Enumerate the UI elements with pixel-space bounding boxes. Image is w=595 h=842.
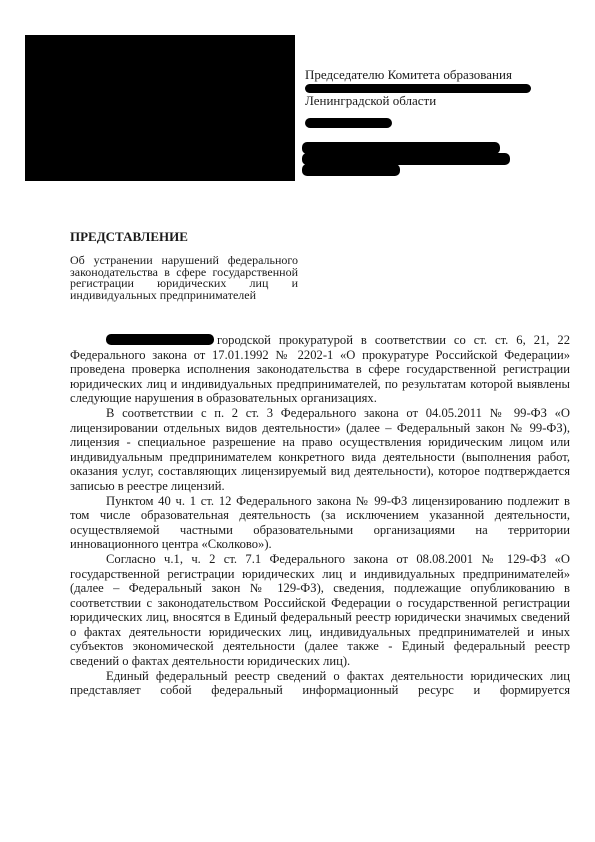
- redacted-letterhead: [25, 35, 295, 181]
- document-subject: Об устранении нарушений федерального зак…: [70, 255, 298, 301]
- redacted-addressee-person: [305, 118, 392, 128]
- redacted-prosecutor-office: [106, 334, 214, 345]
- document-title: ПРЕДСТАВЛЕНИЕ: [70, 229, 188, 245]
- redacted-address-line-3: [302, 164, 400, 176]
- paragraph-1: городской прокуратурой в соответствии со…: [70, 333, 570, 406]
- addressee-line-1: Председателю Комитета образования: [305, 67, 512, 82]
- paragraph-2: В соответствии с п. 2 ст. 3 Федерального…: [70, 406, 570, 494]
- paragraph-5: Единый федеральный реестр сведений о фак…: [70, 669, 570, 698]
- document-body: городской прокуратурой в соответствии со…: [70, 333, 570, 698]
- addressee-line-2: Ленинградской области: [305, 93, 436, 108]
- redacted-addressee-name: [305, 84, 531, 93]
- paragraph-4: Согласно ч.1, ч. 2 ст. 7.1 Федерального …: [70, 552, 570, 669]
- paragraph-3: Пунктом 40 ч. 1 ст. 12 Федерального зако…: [70, 494, 570, 552]
